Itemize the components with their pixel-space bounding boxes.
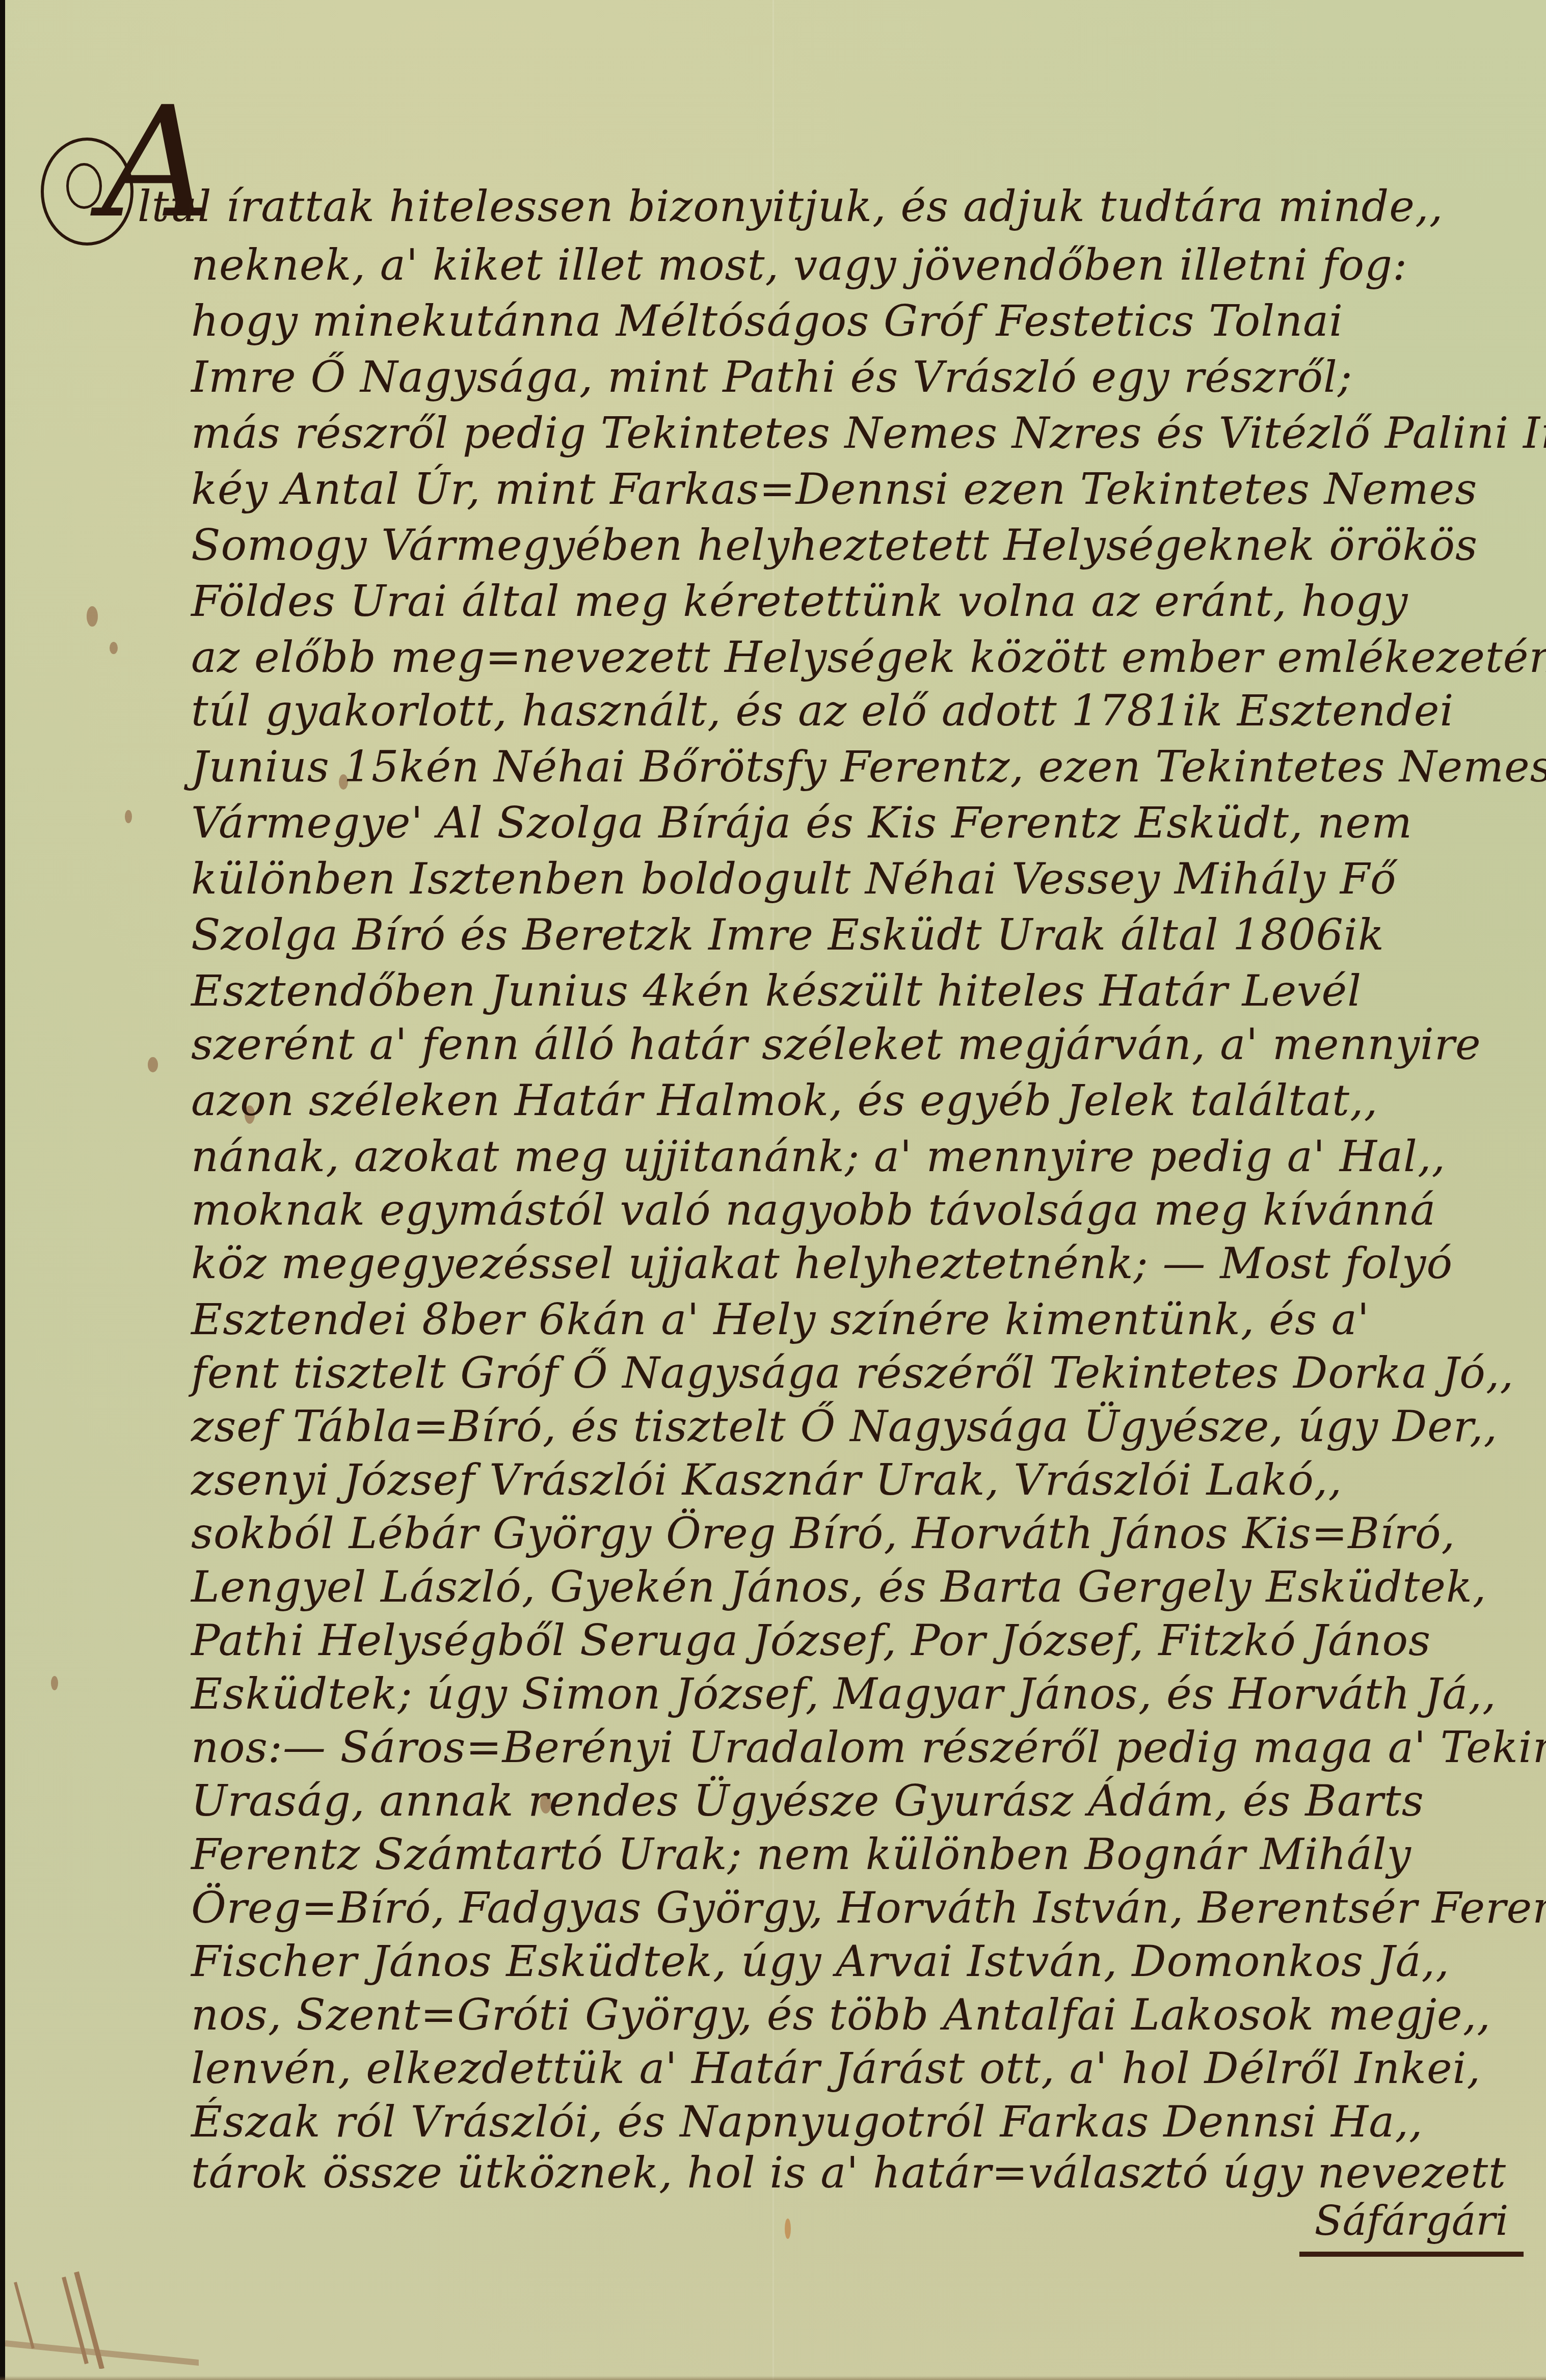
manuscript-text: ltul írattak hitelessen bizonyitjuk, és … — [0, 0, 1546, 2380]
manuscript-page: A ltul írattak hitelessen bizonyitjuk, é… — [0, 0, 1546, 2380]
signature: Sáfárgári — [1299, 2190, 1524, 2257]
